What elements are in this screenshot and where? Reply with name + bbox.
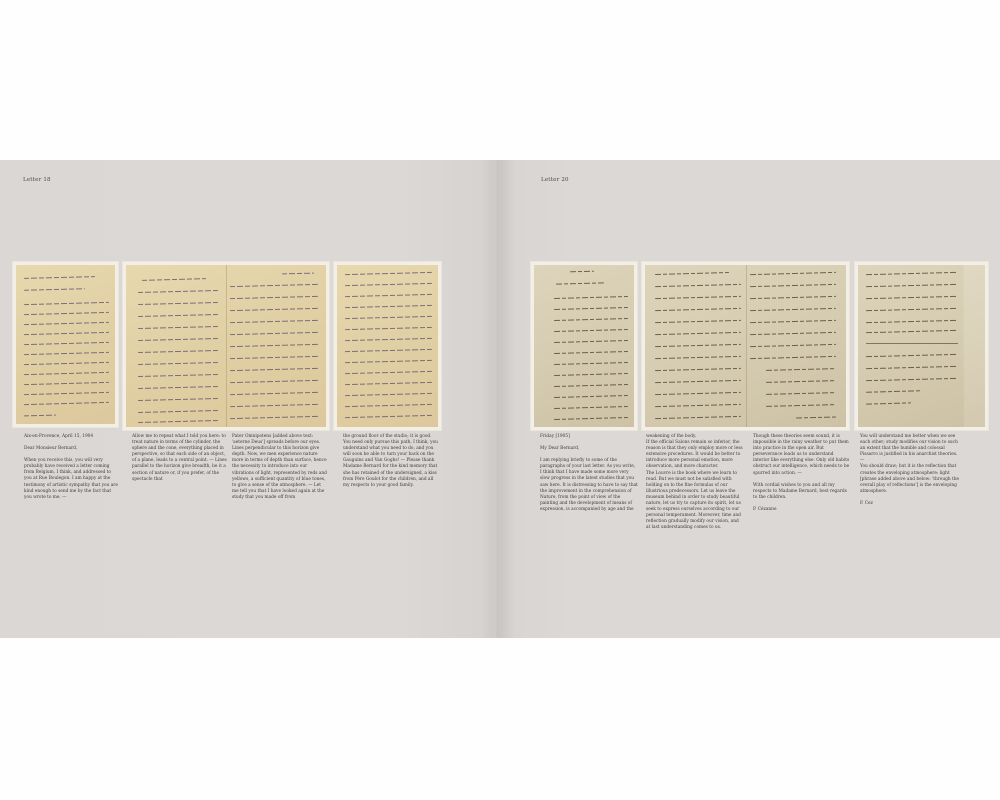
- handwritten-letter-edge: [963, 265, 985, 427]
- handwritten-letter-image: [16, 265, 115, 424]
- handwritten-letter-image: [337, 265, 438, 427]
- text-column: Aix-en-Provence, April 15, 1904 Dear Mon…: [24, 434, 120, 507]
- closing: With cordial wishes to you and all my re…: [753, 483, 851, 501]
- salutation: Dear Monsieur Bernard,: [24, 446, 120, 452]
- text-column: Allow me to repeat what I told you here:…: [132, 434, 228, 489]
- body-paragraph: I am replying briefly to some of the par…: [540, 458, 638, 513]
- text-column: Friday [1905] My Dear Bernard, I am repl…: [540, 434, 638, 519]
- manuscript-plate: [531, 262, 637, 430]
- dateline: Aix-en-Provence, April 15, 1904: [24, 434, 120, 440]
- body-paragraph: You will understand me better when we se…: [860, 434, 964, 495]
- manuscript-plate: [855, 262, 988, 430]
- book-spread: Letter 18: [0, 160, 1000, 638]
- text-column: weakening of the body. If the official S…: [646, 434, 744, 538]
- text-column: Pater Omnipotens [added above text: 'aet…: [232, 434, 328, 507]
- manuscript-plate: [642, 262, 849, 430]
- body-paragraph: Though these theories seem sound, it is …: [753, 434, 851, 477]
- signature: P. Cez: [860, 501, 964, 507]
- handwritten-letter-image: [858, 265, 964, 427]
- dateline: Friday [1905]: [540, 434, 638, 440]
- running-head: Letter 20: [541, 177, 569, 183]
- body-paragraph: When you receive this, you will very pro…: [24, 458, 120, 501]
- body-paragraph: Pater Omnipotens [added above text: 'aet…: [232, 434, 328, 501]
- text-column: Though these theories seem sound, it is …: [753, 434, 851, 519]
- salutation: My Dear Bernard,: [540, 446, 638, 452]
- manuscript-plate: [13, 262, 118, 427]
- manuscript-plate: [334, 262, 441, 430]
- manuscript-plate: [123, 262, 329, 430]
- left-page: Letter 18: [0, 160, 496, 638]
- signature: P. Cézanne: [753, 507, 851, 513]
- body-paragraph: weakening of the body. If the official S…: [646, 434, 744, 532]
- text-column: You will understand me better when we se…: [860, 434, 964, 513]
- body-paragraph: Allow me to repeat what I told you here:…: [132, 434, 228, 483]
- running-head: Letter 18: [23, 177, 51, 183]
- text-column: the ground floor of the studio; it is go…: [343, 434, 439, 495]
- body-paragraph: the ground floor of the studio; it is go…: [343, 434, 439, 489]
- right-page: Letter 20: [500, 160, 1000, 638]
- handwritten-letter-image: [534, 265, 634, 427]
